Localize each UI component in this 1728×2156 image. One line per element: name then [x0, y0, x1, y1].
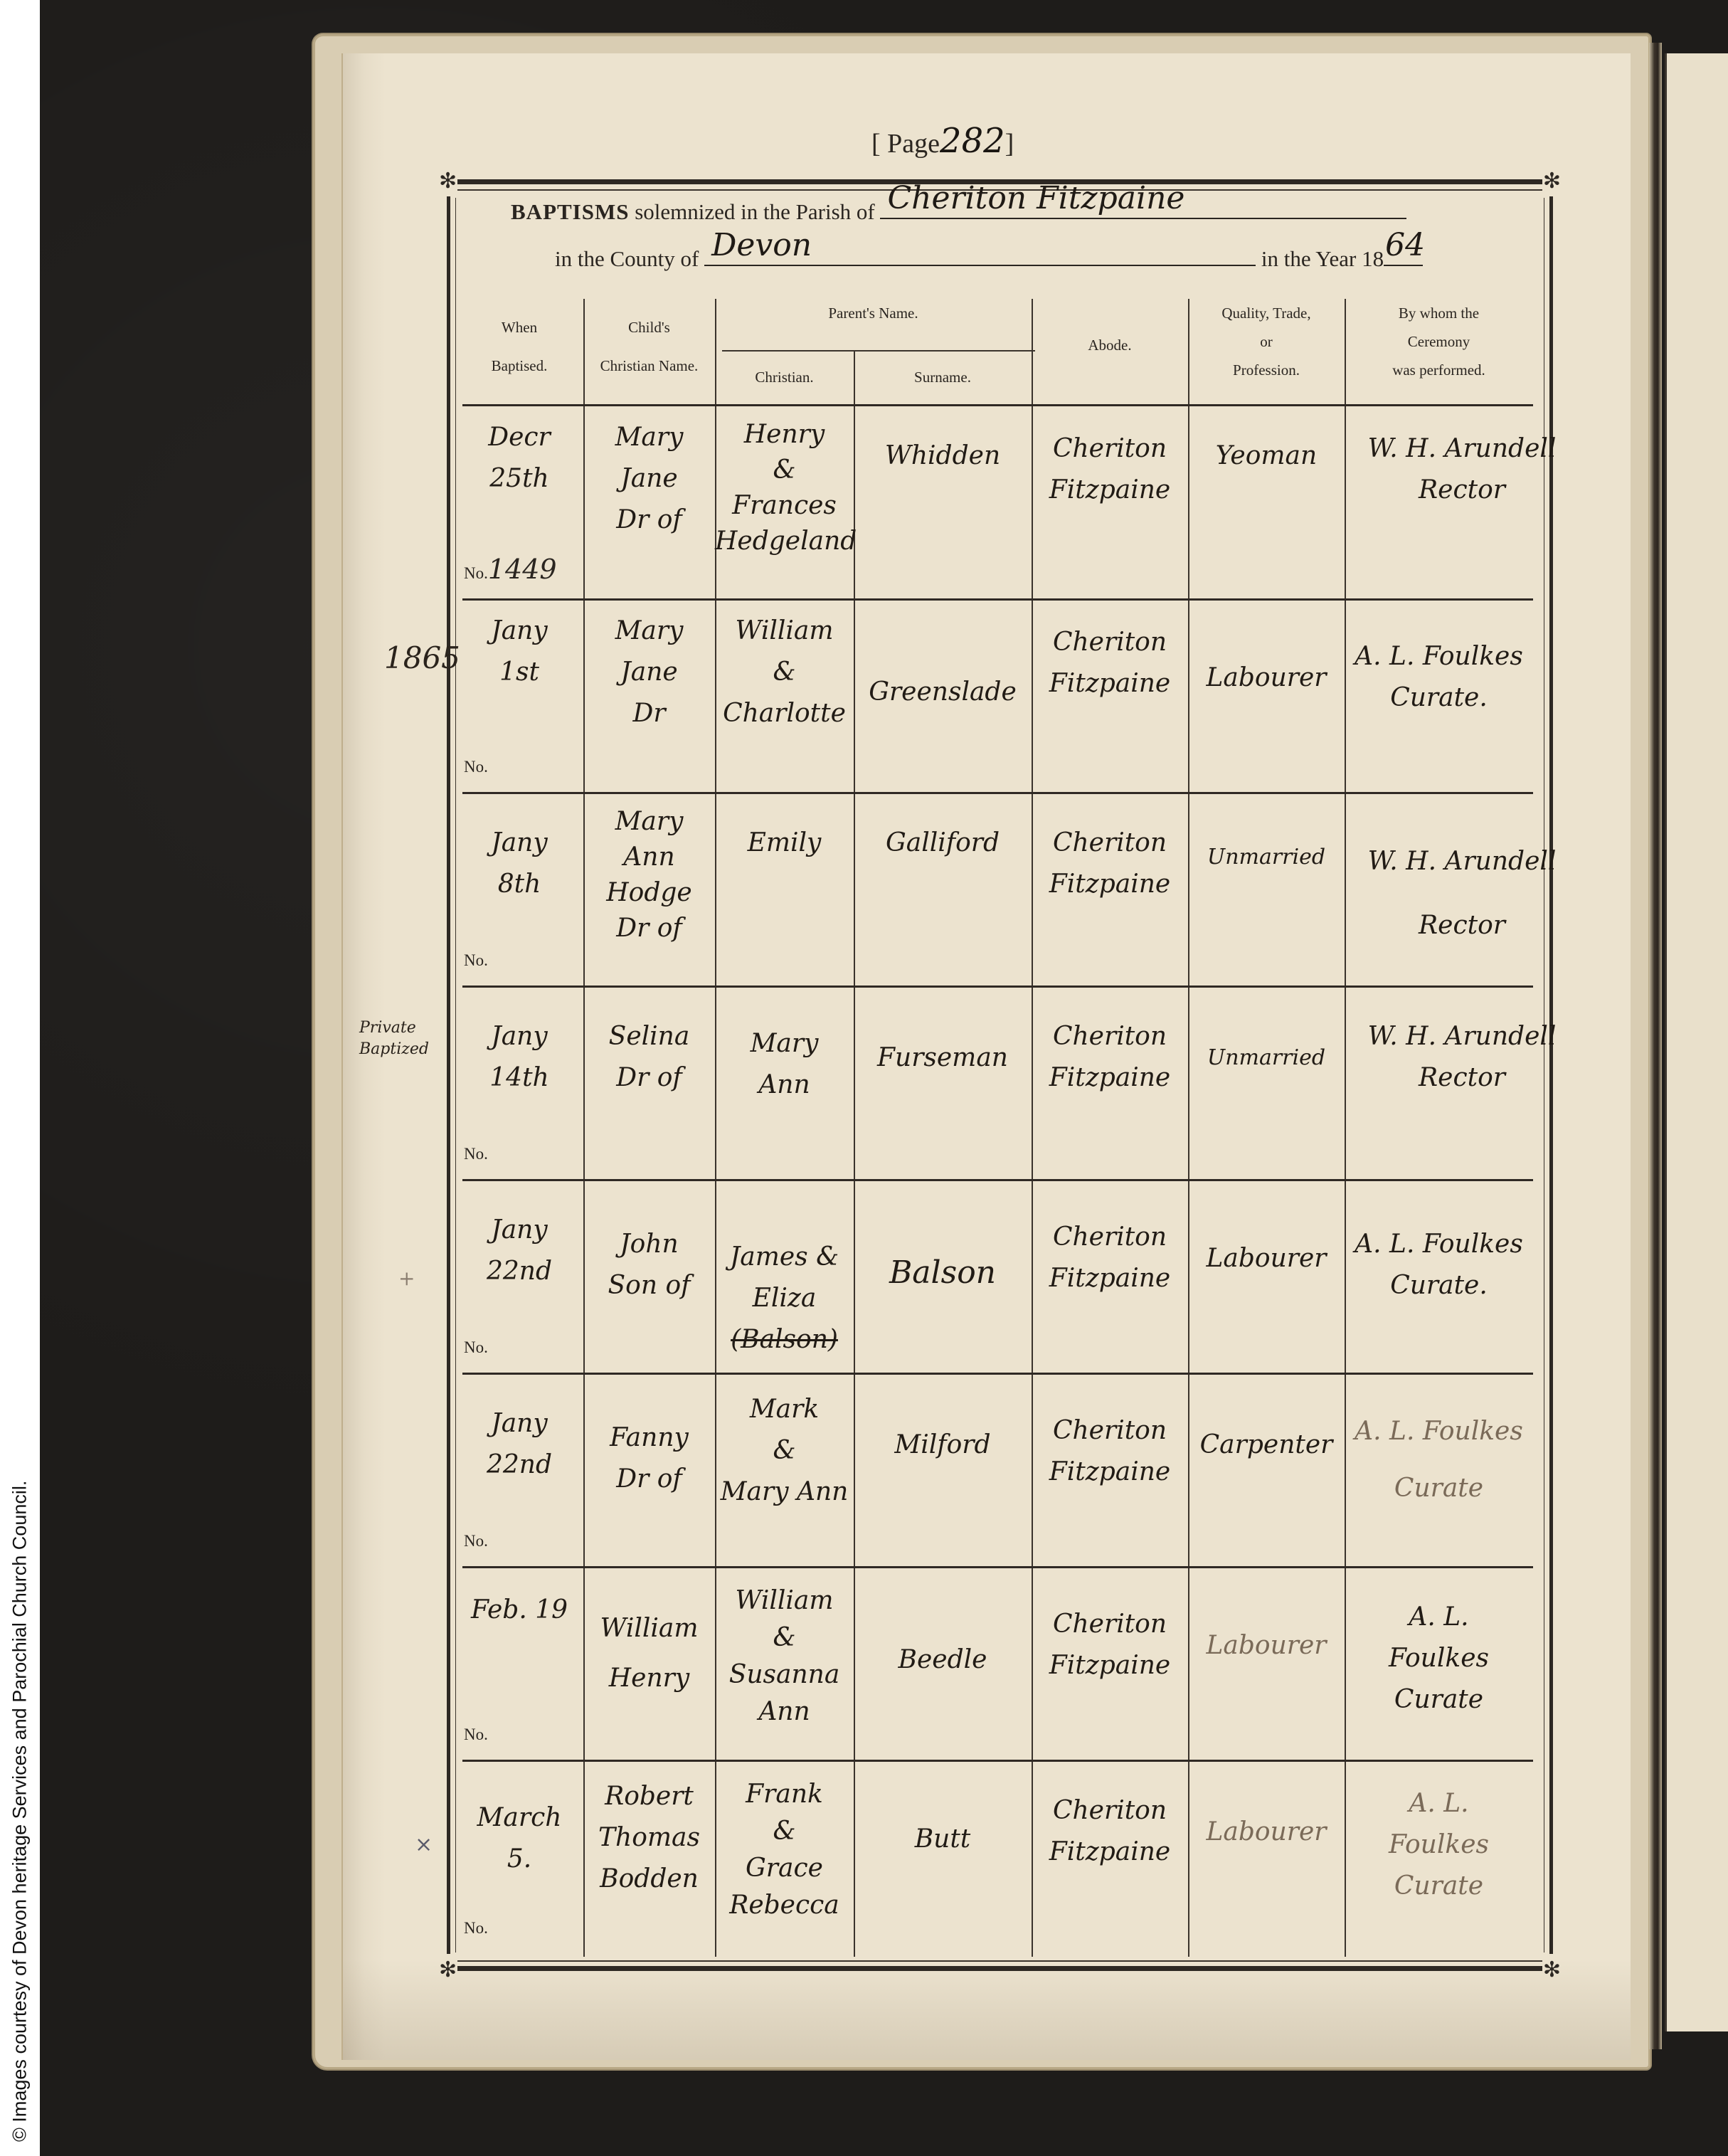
entry-officiant: A. L. Foulkes Curate: [1345, 1597, 1533, 1775]
entry-number: No.: [464, 1715, 488, 1746]
margin-cross-mark: ×: [415, 1832, 433, 1857]
struck-out-surname: (Balson): [715, 1319, 854, 1360]
entry-parent-christian: James & Eliza (Balson): [715, 1195, 854, 1373]
entry-officiant: W. H. Arundell Rector: [1345, 428, 1579, 606]
book-gutter: [1649, 43, 1662, 2049]
asterisk-ornament-icon: ✻: [1543, 171, 1561, 192]
entry-when: March 5.: [455, 1797, 583, 1975]
entry-number: No.: [464, 747, 488, 778]
header-child-name: Child's Christian Name.: [583, 313, 715, 406]
entry-child-name: William Henry: [583, 1604, 715, 1782]
entry-child-name: Mary Jane Dr of: [583, 417, 715, 595]
register-entry: March 5. No. Robert Thomas Bodden Frank …: [455, 1762, 1544, 1955]
baptism-register-table: When Baptised. Child's Christian Name. P…: [455, 299, 1544, 1957]
asterisk-ornament-icon: ✻: [1543, 1960, 1561, 1981]
entry-child-name: Mary Jane Dr: [583, 611, 715, 788]
entry-officiant: A. L. Foulkes Curate.: [1345, 636, 1533, 814]
entry-parent-christian: Henry & Frances Hedgeland: [715, 417, 854, 595]
register-entry: Jany 22nd No. John Son of James & Eliza …: [455, 1181, 1544, 1375]
header-by-whom: By whom the Ceremony was performed.: [1345, 299, 1533, 391]
entry-parent-christian: Mary Ann: [715, 1023, 854, 1201]
register-entry: Feb. 19 No. William Henry William & Susa…: [455, 1568, 1544, 1762]
entry-abode: Cheriton Fitzpaine: [1032, 622, 1188, 800]
entry-number: No.: [464, 1908, 488, 1940]
entry-abode: Cheriton Fitzpaine: [1032, 1790, 1188, 1968]
entry-when: Jany 14th: [455, 1016, 583, 1194]
entry-abode: Cheriton Fitzpaine: [1032, 823, 1188, 1000]
entry-abode: Cheriton Fitzpaine: [1032, 1410, 1188, 1588]
entry-number: No.1449: [464, 554, 557, 585]
year-field: 64: [1384, 241, 1423, 266]
entry-officiant: W. H. Arundell Rector: [1345, 1016, 1579, 1194]
register-entry: Jany 1st No. Mary Jane Dr William & Char…: [455, 601, 1544, 794]
entry-child-name: Selina Dr of: [583, 1016, 715, 1194]
entry-parent-christian: Mark & Mary Ann: [715, 1389, 854, 1567]
entry-surname: Butt: [854, 1819, 1032, 1997]
entry-child-name: Mary Ann Hodge Dr of: [583, 804, 715, 982]
entry-child-name: Robert Thomas Bodden: [583, 1776, 715, 1954]
parish-field: Cheriton Fitzpaine: [880, 194, 1406, 219]
margin-note-year: 1865: [384, 640, 460, 675]
header-quality: Quality, Trade, or Profession.: [1188, 299, 1345, 391]
entry-number: No.: [464, 1134, 488, 1166]
page-number-value: 282: [940, 121, 1005, 161]
year-suffix: 64: [1385, 227, 1425, 263]
entry-quality: Yeoman: [1188, 435, 1345, 613]
entry-when: Jany 22nd: [455, 1210, 583, 1388]
entry-number: No.: [464, 1328, 488, 1359]
heading-line-2: in the County of Devon in the Year 1864: [555, 241, 1423, 272]
entry-parent-christian: Frank & Grace Rebecca: [715, 1776, 854, 1954]
entry-abode: Cheriton Fitzpaine: [1032, 1604, 1188, 1782]
register-entry: Jany 14th No. Selina Dr of Mary Ann Furs…: [455, 988, 1544, 1181]
entry-abode: Cheriton Fitzpaine: [1032, 428, 1188, 606]
copyright-notice: © Images courtesy of Devon heritage Serv…: [9, 1481, 31, 2142]
entry-surname: Whidden: [854, 435, 1032, 613]
entry-abode: Cheriton Fitzpaine: [1032, 1016, 1188, 1194]
entry-officiant: A. L. Foulkes Curate: [1345, 1403, 1533, 1581]
margin-note-private-baptized: Private Baptized: [359, 1018, 429, 1060]
frame-side-left: [447, 196, 450, 1954]
entry-when: Jany 8th: [455, 823, 583, 1000]
register-entry: Jany 8th No. Mary Ann Hodge Dr of Emily …: [455, 794, 1544, 988]
asterisk-ornament-icon: ✻: [439, 1960, 457, 1981]
parish-name: Cheriton Fitzpaine: [887, 180, 1184, 216]
entry-parent-christian: William & Charlotte: [715, 611, 854, 788]
entry-parent-christian: Emily: [715, 823, 854, 1000]
entry-number: No.: [464, 1521, 488, 1553]
entry-quality: Labourer: [1188, 1812, 1345, 1989]
header-rule: [462, 404, 1533, 406]
asterisk-ornament-icon: ✻: [439, 171, 457, 192]
entry-number: No.: [464, 941, 488, 972]
register-entry: Decr 25th No.1449 Mary Jane Dr of Henry …: [455, 407, 1544, 601]
margin-mark: +: [398, 1267, 415, 1290]
entry-surname: Galliford: [854, 823, 1032, 1000]
heading-line-1: BAPTISMS solemnized in the Parish of Che…: [511, 194, 1406, 225]
entry-abode: Cheriton Fitzpaine: [1032, 1217, 1188, 1395]
entry-when: Jany 22nd: [455, 1403, 583, 1581]
facing-page: [1665, 53, 1728, 2031]
header-when: When Baptised.: [455, 313, 583, 406]
county-name: Devon: [711, 227, 812, 263]
entry-officiant: W. H. Arundell Rector: [1345, 830, 1579, 1008]
entry-parent-christian: William & Susanna Ann: [715, 1582, 854, 1760]
county-field: Devon: [704, 241, 1256, 266]
page-number: [ Page282]: [871, 121, 1014, 161]
entry-officiant: A. L. Foulkes Curate: [1345, 1783, 1533, 1961]
copyright-strip: © Images courtesy of Devon heritage Serv…: [0, 0, 40, 2156]
register-entry: Jany 22nd No. Fanny Dr of Mark & Mary An…: [455, 1375, 1544, 1568]
